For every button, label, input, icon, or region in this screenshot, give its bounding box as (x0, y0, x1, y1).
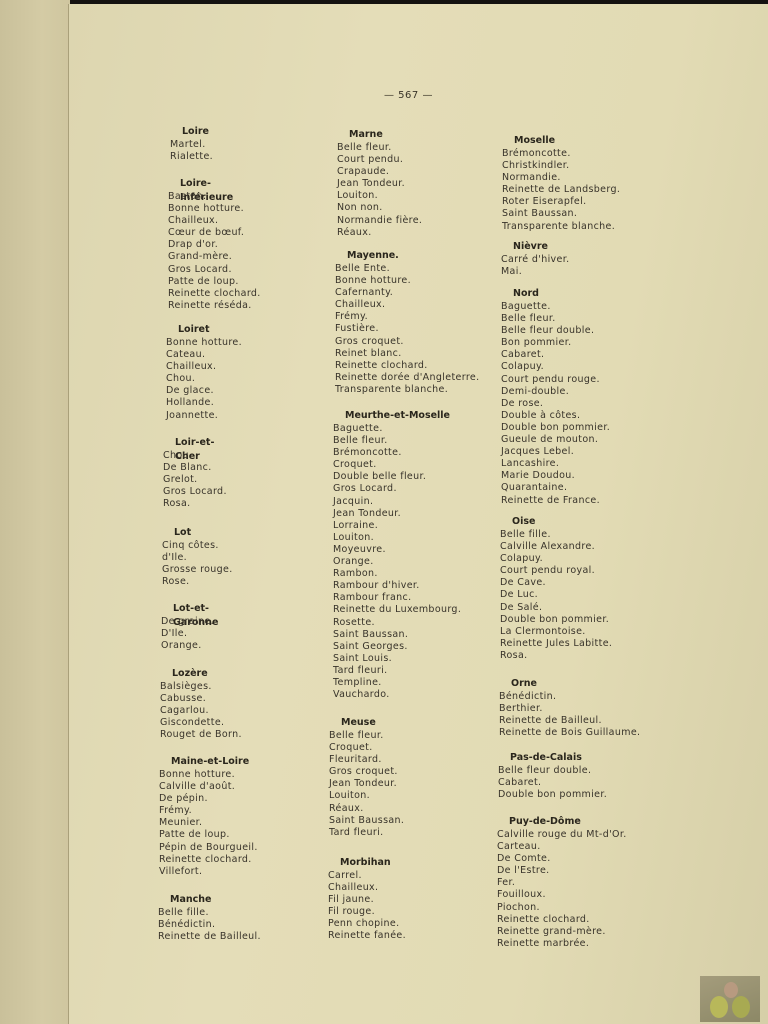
variety-entry: Saint Baussan. (333, 629, 461, 641)
variety-entry: Baguette. (333, 423, 461, 435)
variety-entry: Crapaude. (337, 166, 422, 178)
variety-entry: Patte de loup. (159, 829, 258, 841)
variety-entry: Court pendu rouge. (501, 374, 610, 386)
variety-entry: Villefort. (159, 866, 258, 878)
variety-entry: Reinette fanée. (328, 930, 406, 942)
variety-entry: De Cave. (500, 577, 612, 589)
variety-entry: Brémoncotte. (502, 148, 620, 160)
department-heading: Pas-de-Calais (510, 751, 607, 765)
variety-entry: Cagarlou. (160, 705, 242, 717)
variety-entry: Gueule de mouton. (501, 434, 610, 446)
variety-entry: Saint Louis. (333, 653, 461, 665)
department-section: NièvreCarré d'hiver.Mai. (501, 240, 569, 278)
variety-entry: Reinette de Bailleul. (499, 715, 640, 727)
variety-entry: Belle fille. (158, 907, 261, 919)
variety-entry: Reinette clochard. (159, 854, 258, 866)
variety-entry: Tard fleuri. (333, 665, 461, 677)
variety-entry: Belle fleur. (329, 730, 404, 742)
variety-entry: Jean Tondeur. (329, 778, 404, 790)
department-section: MancheBelle fille.Bénédictin.Reinette de… (158, 893, 261, 943)
variety-entry: Court pendu royal. (500, 565, 612, 577)
variety-entry: Carrel. (328, 870, 406, 882)
variety-entry: Reinette de Landsberg. (502, 184, 620, 196)
department-heading: Mayenne. (347, 249, 479, 263)
department-heading: Lot (174, 526, 233, 540)
variety-entry: Normandie fière. (337, 215, 422, 227)
variety-entry: Drap d'or. (168, 239, 261, 251)
department-section: OrneBénédictin.Berthier.Reinette de Bail… (499, 677, 640, 739)
variety-entry: Pépin de Bourgueil. (159, 842, 258, 854)
variety-entry: Non non. (337, 202, 422, 214)
variety-entry: Colapuy. (500, 553, 612, 565)
variety-entry: Moyeuvre. (333, 544, 461, 556)
variety-entry: Double bon pommier. (500, 614, 612, 626)
variety-entry: Belle fleur. (337, 142, 422, 154)
variety-entry: Reinet blanc. (335, 348, 479, 360)
variety-entry: Frémy. (159, 805, 258, 817)
variety-entry: Cabusse. (160, 693, 242, 705)
variety-entry: Belle fille. (500, 529, 612, 541)
variety-entry: Jacquin. (333, 496, 461, 508)
variety-entry: Calville d'août. (159, 781, 258, 793)
variety-entry: Cabaret. (501, 349, 610, 361)
variety-entry: Rosa. (500, 650, 612, 662)
department-heading: Manche (170, 893, 261, 907)
variety-entry: Reinette réséda. (168, 300, 261, 312)
variety-entry: Reinette Jules Labitte. (500, 638, 612, 650)
variety-entry: De l'Estre. (497, 865, 627, 877)
variety-entry: Templine. (333, 677, 461, 689)
variety-entry: Double à côtes. (501, 410, 610, 422)
variety-entry: Rambour d'hiver. (333, 580, 461, 592)
variety-entry: Christkindler. (502, 160, 620, 172)
apple-photo-thumbnail-icon (700, 976, 760, 1022)
variety-entry: Carteau. (497, 841, 627, 853)
variety-entry: Fil rouge. (328, 906, 406, 918)
variety-entry: Chou. (166, 373, 242, 385)
variety-entry: Jean Tondeur. (337, 178, 422, 190)
variety-entry: Fleuritard. (329, 754, 404, 766)
variety-entry: Chailleux. (335, 299, 479, 311)
variety-entry: Saint Baussan. (329, 815, 404, 827)
page-number: — 567 — (384, 90, 433, 101)
department-heading: Meurthe-et-Moselle (345, 409, 461, 423)
variety-entry: Croquet. (333, 459, 461, 471)
department-section: MarneBelle fleur.Court pendu.Crapaude.Je… (337, 128, 422, 239)
department-section: Loire-InférieureBaston.Bonne hotture.Cha… (168, 177, 261, 312)
variety-entry: Demi-double. (501, 386, 610, 398)
variety-entry: Reinette de Bois Guillaume. (499, 727, 640, 739)
variety-entry: Réaux. (329, 803, 404, 815)
variety-entry: Belle fleur double. (501, 325, 610, 337)
department-section: Mayenne.Belle Ente.Bonne hotture.Caferna… (335, 249, 479, 396)
variety-entry: Piochon. (497, 902, 627, 914)
department-section: Puy-de-DômeCalville rouge du Mt-d'Or.Car… (497, 815, 627, 950)
variety-entry: Reinette clochard. (335, 360, 479, 372)
department-heading: Maine-et-Loire (171, 755, 258, 769)
department-heading: Orne (511, 677, 640, 691)
department-heading: Oise (512, 515, 612, 529)
variety-entry: Fouilloux. (497, 889, 627, 901)
variety-entry: Reinette marbrée. (497, 938, 627, 950)
variety-entry: Cinq côtes. (162, 540, 233, 552)
variety-entry: Saint Baussan. (502, 208, 620, 220)
variety-entry: Gros Locard. (333, 483, 461, 495)
variety-entry: Berthier. (499, 703, 640, 715)
variety-entry: Grosse rouge. (162, 564, 233, 576)
department-section: Lot-et-GaronneDe graine.D'Ile.Orange. (161, 602, 218, 652)
variety-entry: De Comte. (497, 853, 627, 865)
variety-entry: Bonne hotture. (166, 337, 242, 349)
variety-entry: Reinette du Luxembourg. (333, 604, 461, 616)
department-heading: Puy-de-Dôme (509, 815, 627, 829)
variety-entry: Cateau. (166, 349, 242, 361)
variety-entry: Cœur de bœuf. (168, 227, 261, 239)
variety-entry: Giscondette. (160, 717, 242, 729)
variety-entry: Chailleux. (328, 882, 406, 894)
variety-entry: De Luc. (500, 589, 612, 601)
department-heading: Meuse (341, 716, 404, 730)
variety-entry: Brémoncotte. (333, 447, 461, 459)
department-section: LoiretBonne hotture.Cateau.Chailleux.Cho… (166, 323, 242, 422)
variety-entry: Chailleux. (166, 361, 242, 373)
variety-entry: Grelot. (163, 474, 227, 486)
variety-entry: Hollande. (166, 397, 242, 409)
variety-entry: Cabaret. (498, 777, 607, 789)
variety-entry: Bonne hotture. (335, 275, 479, 287)
variety-entry: Baguette. (501, 301, 610, 313)
variety-entry: Rambon. (333, 568, 461, 580)
variety-entry: Joannette. (166, 410, 242, 422)
department-heading: Morbihan (340, 856, 406, 870)
variety-entry: Rosa. (163, 498, 227, 510)
variety-entry: De graine. (161, 616, 218, 628)
photo-apple-left (710, 996, 728, 1018)
variety-entry: Frémy. (335, 311, 479, 323)
variety-entry: Reinette clochard. (168, 288, 261, 300)
variety-entry: Penn chopine. (328, 918, 406, 930)
variety-entry: Transparente blanche. (335, 384, 479, 396)
variety-entry: Bénédictin. (158, 919, 261, 931)
department-section: MoselleBrémoncotte.Christkindler.Normand… (502, 134, 620, 233)
variety-entry: Reinette dorée d'Angleterre. (335, 372, 479, 384)
variety-entry: Rose. (162, 576, 233, 588)
variety-entry: De glace. (166, 385, 242, 397)
variety-entry: De rose. (501, 398, 610, 410)
variety-entry: Court pendu. (337, 154, 422, 166)
variety-entry: Fil jaune. (328, 894, 406, 906)
variety-entry: Grand-mère. (168, 251, 261, 263)
variety-entry: Belle fleur. (333, 435, 461, 447)
variety-entry: Rialette. (170, 151, 213, 163)
variety-entry: Fustière. (335, 323, 479, 335)
facing-page-edge (0, 0, 70, 1024)
department-heading: Loire-Inférieure (180, 177, 261, 191)
department-section: LozèreBalsièges.Cabusse.Cagarlou.Giscond… (160, 667, 242, 741)
variety-entry: Lorraine. (333, 520, 461, 532)
variety-entry: Bonne hotture. (159, 769, 258, 781)
variety-entry: Meunier. (159, 817, 258, 829)
variety-entry: Louiton. (329, 790, 404, 802)
variety-entry: Double belle fleur. (333, 471, 461, 483)
department-section: NordBaguette.Belle fleur.Belle fleur dou… (501, 287, 610, 507)
variety-entry: Reinette de France. (501, 495, 610, 507)
department-section: OiseBelle fille.Calville Alexandre.Colap… (500, 515, 612, 662)
variety-entry: Gros Locard. (163, 486, 227, 498)
variety-entry: Balsièges. (160, 681, 242, 693)
variety-entry: Belle Ente. (335, 263, 479, 275)
variety-entry: Martel. (170, 139, 213, 151)
department-heading: Loiret (178, 323, 242, 337)
department-section: Maine-et-LoireBonne hotture.Calville d'a… (159, 755, 258, 878)
photo-face (724, 982, 738, 998)
variety-entry: Reinette clochard. (497, 914, 627, 926)
department-heading: Nièvre (513, 240, 569, 254)
department-section: LoireMartel.Rialette. (170, 125, 213, 163)
variety-entry: Rambour franc. (333, 592, 461, 604)
department-heading: Loir-et-Cher (175, 436, 227, 450)
variety-entry: Patte de loup. (168, 276, 261, 288)
variety-entry: Rosette. (333, 617, 461, 629)
photo-apple-right (732, 996, 750, 1018)
variety-entry: Vauchardo. (333, 689, 461, 701)
department-section: MorbihanCarrel.Chailleux.Fil jaune.Fil r… (328, 856, 406, 943)
department-heading: Loire (182, 125, 213, 139)
department-section: Pas-de-CalaisBelle fleur double.Cabaret.… (498, 751, 607, 801)
department-heading: Lot-et-Garonne (173, 602, 218, 616)
variety-entry: De Salé. (500, 602, 612, 614)
variety-entry: Cafernanty. (335, 287, 479, 299)
variety-entry: Orange. (333, 556, 461, 568)
variety-entry: d'Ile. (162, 552, 233, 564)
variety-entry: Gros croquet. (329, 766, 404, 778)
variety-entry: Transparente blanche. (502, 221, 620, 233)
variety-entry: Colapuy. (501, 361, 610, 373)
variety-entry: La Clermontoise. (500, 626, 612, 638)
department-heading: Lozère (172, 667, 242, 681)
department-section: Meurthe-et-MoselleBaguette.Belle fleur.B… (333, 409, 461, 701)
variety-entry: Réaux. (337, 227, 422, 239)
variety-entry: Marie Doudou. (501, 470, 610, 482)
variety-entry: Roter Eiserapfel. (502, 196, 620, 208)
variety-entry: Tard fleuri. (329, 827, 404, 839)
variety-entry: Croquet. (329, 742, 404, 754)
department-section: MeuseBelle fleur.Croquet.Fleuritard.Gros… (329, 716, 404, 839)
variety-entry: Reinette de Bailleul. (158, 931, 261, 943)
variety-entry: Lancashire. (501, 458, 610, 470)
variety-entry: Calville rouge du Mt-d'Or. (497, 829, 627, 841)
variety-entry: Saint Georges. (333, 641, 461, 653)
variety-entry: Louiton. (337, 190, 422, 202)
department-section: LotCinq côtes.d'Ile.Grosse rouge.Rose. (162, 526, 233, 588)
variety-entry: Gros croquet. (335, 336, 479, 348)
variety-entry: Gros Locard. (168, 264, 261, 276)
variety-entry: Jean Tondeur. (333, 508, 461, 520)
variety-entry: Rouget de Born. (160, 729, 242, 741)
variety-entry: Calville Alexandre. (500, 541, 612, 553)
variety-entry: Jacques Lebel. (501, 446, 610, 458)
department-heading: Moselle (514, 134, 620, 148)
variety-entry: Chailleux. (168, 215, 261, 227)
variety-entry: De Blanc. (163, 462, 227, 474)
variety-entry: Carré d'hiver. (501, 254, 569, 266)
variety-entry: Bonne hotture. (168, 203, 261, 215)
department-section: Loir-et-CherChou.De Blanc.Grelot.Gros Lo… (163, 436, 227, 510)
variety-entry: Fer. (497, 877, 627, 889)
variety-entry: Quarantaine. (501, 482, 610, 494)
department-heading: Marne (349, 128, 422, 142)
variety-entry: Bon pommier. (501, 337, 610, 349)
variety-entry: Bénédictin. (499, 691, 640, 703)
variety-entry: Belle fleur double. (498, 765, 607, 777)
variety-entry: Belle fleur. (501, 313, 610, 325)
variety-entry: Mai. (501, 266, 569, 278)
variety-entry: Louiton. (333, 532, 461, 544)
department-heading: Nord (513, 287, 610, 301)
variety-entry: Orange. (161, 640, 218, 652)
variety-entry: Reinette grand-mère. (497, 926, 627, 938)
variety-entry: Double bon pommier. (498, 789, 607, 801)
variety-entry: Normandie. (502, 172, 620, 184)
variety-entry: De pépin. (159, 793, 258, 805)
variety-entry: Double bon pommier. (501, 422, 610, 434)
